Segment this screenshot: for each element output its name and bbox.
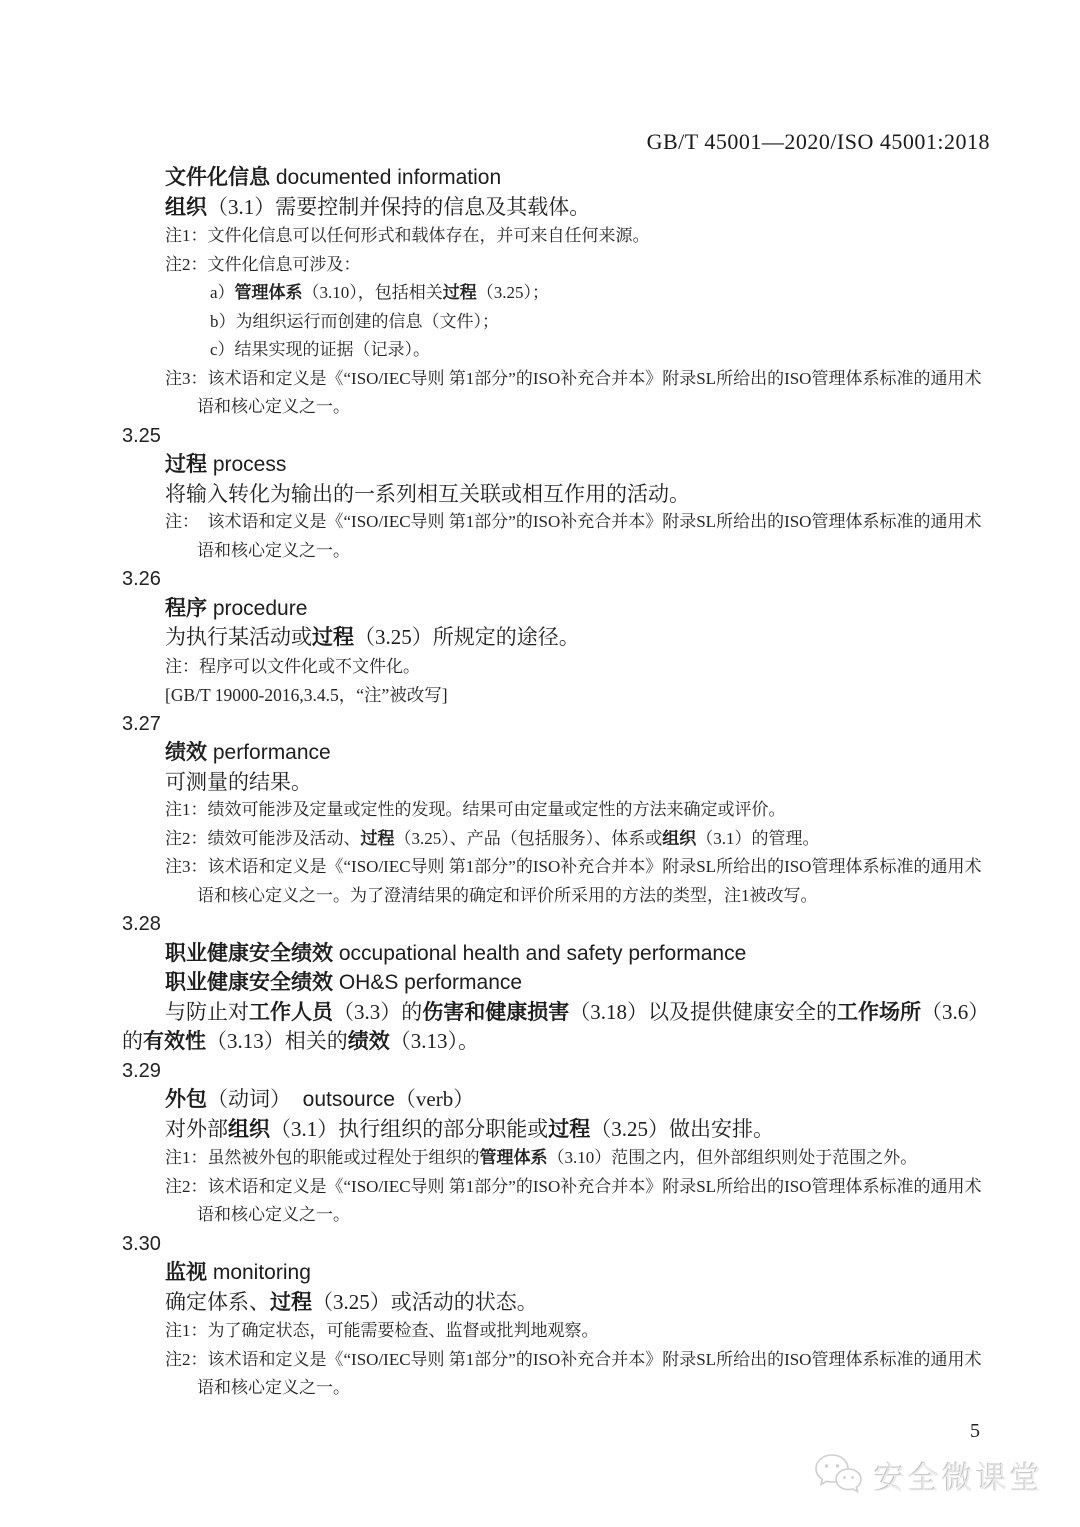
page-header-standard-number: GB/T 45001—2020/ISO 45001:2018 [647,129,990,155]
text-run: 管理体系 [480,1148,548,1167]
text-run: 文件化信息可涉及： [208,255,361,274]
text-run: process [207,453,286,476]
text-run: 过程 [312,626,354,649]
text-run: 监视 [165,1261,207,1284]
text-run: 绩效可能涉及活动、 [208,829,361,848]
text-run: 过程 [443,283,477,302]
term-heading: 职业健康安全绩效 OH&S performance [122,968,988,998]
definition-text: 将输入转化为输出的一系列相互关联或相互作用的活动。 [122,480,988,509]
section-number: 3.30 [122,1230,988,1259]
text-run: （3.13）相关的 [206,1029,348,1053]
text-run: 该术语和定义是《“ISO/IEC导则 第1部分”的ISO补充合并本》附录SL所给… [197,1350,981,1398]
watermark-text: 安全微课堂 [874,1453,1044,1498]
text-run: 过程 [270,1291,312,1314]
text-run: [GB/T 19000-2016,3.4.5，“注”被改写] [165,685,448,705]
text-run: 可测量的结果。 [165,770,312,794]
text-run: （3.10）范围之内，但外部组织则处于范围之外。 [548,1148,918,1167]
text-run: （3.25）所规定的途径。 [354,625,580,649]
text-run: （3.1）执行组织的部分职能或 [270,1117,548,1141]
note-text: 注2：该术语和定义是《“ISO/IEC导则 第1部分”的ISO补充合并本》附录S… [122,1346,988,1403]
term-heading: 过程 process [122,450,988,480]
text-run: 文件化信息 [165,166,270,189]
definition-text: 确定体系、过程（3.25）或活动的状态。 [122,1288,988,1318]
text-run: 组织 [228,1118,270,1141]
text-run: 管理体系 [235,283,303,302]
text-run: 对外部 [165,1117,228,1141]
text-run: 为执行某活动或 [165,625,312,649]
text-run: （3.1）需要控制并保持的信息及其载体。 [207,195,590,219]
text-run: 将输入转化为输出的一系列相互关联或相互作用的活动。 [165,482,690,506]
text-run: 外包 [165,1088,207,1111]
text-run: b）为组织运行而创建的信息（文件）； [210,312,499,331]
watermark: 安全微课堂 [812,1452,1044,1498]
note-label: 注： [165,657,199,676]
text-run: OH&S performance [333,971,522,994]
document-page: GB/T 45001—2020/ISO 45001:2018 文件化信息 doc… [0,0,1080,1527]
definition-text: 可测量的结果。 [122,768,988,797]
note-label: 注3： [165,369,208,388]
text-run: 工作人员 [249,1001,333,1024]
note-text: 注1：绩效可能涉及定量或定性的发现。结果可由定量或定性的方法来确定或评价。 [122,796,988,825]
note-text: 注1：虽然被外包的职能或过程处于组织的管理体系（3.10）范围之内，但外部组织则… [122,1144,988,1173]
note-text: 注2：绩效可能涉及活动、过程（3.25）、产品（包括服务）、体系或组织（3.1）… [122,825,988,854]
text-run: 虽然被外包的职能或过程处于组织的 [208,1148,480,1167]
definition-text: 与防止对工作人员（3.3）的伤害和健康损害（3.18）以及提供健康安全的工作场所… [122,998,988,1057]
text-run: （3.13）。 [390,1029,479,1053]
document-body: 文件化信息 documented information组织（3.1）需要控制并… [122,163,988,1403]
text-run: monitoring [207,1261,311,1284]
text-run: 过程 [548,1118,590,1141]
text-run: （3.1）的管理。 [696,829,819,848]
note-label: 注2： [165,1177,208,1196]
text-run: （3.25）、产品（包括服务）、体系或 [395,829,663,848]
wechat-bubbles-icon [812,1452,866,1498]
note-label: 注1： [165,1148,208,1167]
section-number: 3.26 [122,565,988,594]
text-run: （3.18）以及提供健康安全的 [569,1000,837,1024]
text-run: 过程 [165,453,207,476]
term-heading: 外包（动词） outsource（verb） [122,1085,988,1115]
definition-text: 为执行某活动或过程（3.25）所规定的途径。 [122,623,988,653]
note-label: 注1： [165,226,208,245]
note-label: 注1： [165,1321,208,1340]
text-run: 组织 [165,196,207,219]
text-run: documented information [270,166,501,189]
page-number: 5 [970,1420,980,1443]
list-item: b）为组织运行而创建的信息（文件）； [122,308,988,337]
text-run: 绩效 [165,741,207,764]
text-run: 伤害和健康损害 [422,1001,569,1024]
term-heading: 程序 procedure [122,594,988,624]
text-run: （3.25）或活动的状态。 [312,1290,538,1314]
term-heading: 监视 monitoring [122,1258,988,1288]
note-text: 注：程序可以文件化或不文件化。 [122,653,988,682]
note-text: 注3：该术语和定义是《“ISO/IEC导则 第1部分”的ISO补充合并本》附录S… [122,365,988,422]
section-number: 3.27 [122,710,988,739]
text-run: a） [210,283,235,302]
text-run: 文件化信息可以任何形式和载体存在，并可来自任何来源。 [208,226,650,245]
list-item: a）管理体系（3.10），包括相关过程（3.25）； [122,279,988,308]
term-heading: 绩效 performance [122,738,988,768]
text-run: 职业健康安全绩效 [165,971,333,994]
note-label: 注2： [165,1350,208,1369]
text-run: 绩效可能涉及定量或定性的发现。结果可由定量或定性的方法来确定或评价。 [208,800,786,819]
note-label: 注： [165,512,191,531]
text-run: 程序 [165,597,207,620]
note-text: 注3：该术语和定义是《“ISO/IEC导则 第1部分”的ISO补充合并本》附录S… [122,853,988,910]
note-text: 注： 该术语和定义是《“ISO/IEC导则 第1部分”的ISO补充合并本》附录S… [122,508,988,565]
note-label: 注2： [165,829,208,848]
text-run: 过程 [361,829,395,848]
text-run: （3.3）的 [333,1000,422,1024]
term-heading: 职业健康安全绩效 occupational health and safety … [122,939,988,969]
text-run: performance [207,741,331,764]
note-label: 注2： [165,255,208,274]
text-run: （3.25）； [477,283,549,302]
text-run: 为了确定状态，可能需要检查、监督或批判地观察。 [208,1321,599,1340]
text-run: （3.25）做出安排。 [590,1117,774,1141]
section-number: 3.25 [122,422,988,451]
text-run: outsource [291,1088,395,1111]
section-number: 3.28 [122,910,988,939]
note-text: 注2：文件化信息可涉及： [122,251,988,280]
text-run: c）结果实现的证据（记录）。 [210,340,430,359]
text-run: （3.10），包括相关 [303,283,443,302]
text-run: 职业健康安全绩效 [165,942,333,965]
text-run: 确定体系、 [165,1290,270,1314]
text-run: procedure [207,597,307,620]
text-run: 程序可以文件化或不文件化。 [199,657,420,676]
text-run: 工作场所 [837,1001,921,1024]
text-run: （动词） [207,1087,291,1111]
note-text: 注1：文件化信息可以任何形式和载体存在，并可来自任何来源。 [122,222,988,251]
text-run: occupational health and safety performan… [333,942,746,965]
note-label: 注3： [165,857,208,876]
text-run: 有效性 [143,1030,206,1053]
note-text: 注1：为了确定状态，可能需要检查、监督或批判地观察。 [122,1317,988,1346]
definition-text: 组织（3.1）需要控制并保持的信息及其载体。 [122,193,988,223]
reference-text: [GB/T 19000-2016,3.4.5，“注”被改写] [122,681,988,710]
text-run: （verb） [395,1087,474,1111]
text-run: 该术语和定义是《“ISO/IEC导则 第1部分”的ISO补充合并本》附录SL所给… [197,1177,981,1225]
term-heading: 文件化信息 documented information [122,163,988,193]
text-run: 组织 [662,829,696,848]
list-item: c）结果实现的证据（记录）。 [122,336,988,365]
note-label: 注1： [165,800,208,819]
note-text: 注2：该术语和定义是《“ISO/IEC导则 第1部分”的ISO补充合并本》附录S… [122,1173,988,1230]
text-run: 绩效 [348,1030,390,1053]
section-number: 3.29 [122,1057,988,1086]
definition-text: 对外部组织（3.1）执行组织的部分职能或过程（3.25）做出安排。 [122,1115,988,1145]
text-run: 该术语和定义是《“ISO/IEC导则 第1部分”的ISO补充合并本》附录SL所给… [191,512,982,560]
text-run: 与防止对 [165,1000,249,1024]
text-run: 该术语和定义是《“ISO/IEC导则 第1部分”的ISO补充合并本》附录SL所给… [197,369,981,417]
text-run: 该术语和定义是《“ISO/IEC导则 第1部分”的ISO补充合并本》附录SL所给… [197,857,981,905]
